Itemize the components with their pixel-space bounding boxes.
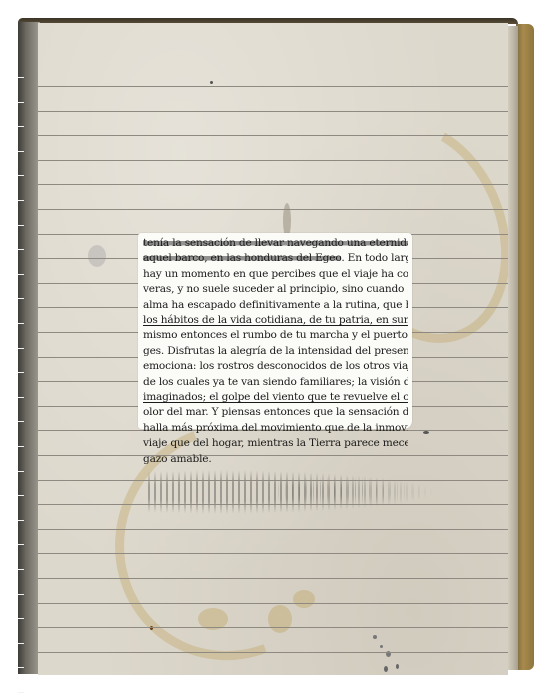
- spine-tick: [18, 126, 24, 127]
- spine-tick: [18, 372, 24, 373]
- clipping-line-3: hay un momento en que percibes que el vi…: [143, 267, 408, 282]
- clipping-line-4: veras, y no suele suceder al principio, …: [143, 282, 408, 297]
- ruled-line: [38, 160, 508, 161]
- clipping-line-13: halla más próxima del movimiento que de …: [143, 421, 408, 436]
- spine-tick: [18, 397, 24, 398]
- clipping-line-6: los hábitos de la vida cotidiana, de tu …: [143, 313, 408, 328]
- clipping-line-2: aquel barco, en las honduras del Egeo. E…: [143, 251, 408, 266]
- ruled-line: [38, 529, 508, 530]
- spine-tick: [18, 348, 24, 349]
- ruled-line: [38, 86, 508, 87]
- spine-tick: [18, 175, 24, 176]
- spine-tick: [18, 544, 24, 545]
- clipping-line-14: viaje que del hogar, mientras la Tierra …: [143, 436, 408, 451]
- pasted-text-clipping: tenía la sensación de llevar navegando u…: [138, 233, 412, 429]
- clipping-line-15: gazo amable.: [143, 452, 408, 467]
- ruled-line: [38, 480, 508, 481]
- spine-tick: [18, 77, 24, 78]
- line-rest: . En todo largo periplo: [341, 252, 408, 264]
- ruled-line: [38, 652, 508, 653]
- clipping-line-8: ges. Disfrutas la alegría de la intensid…: [143, 344, 408, 359]
- ruled-line: [38, 553, 508, 554]
- clipping-line-11: imaginados; el golpe del viento que te r…: [143, 390, 408, 405]
- clipping-line-1: tenía la sensación de llevar navegando u…: [143, 236, 408, 251]
- spine-tick: [18, 667, 24, 668]
- ruled-line: [38, 209, 508, 210]
- ruled-line: [38, 504, 508, 505]
- ruled-line: [38, 578, 508, 579]
- spine-tick: [18, 298, 24, 299]
- highlighted-text: aquel barco, en las honduras del Egeo: [143, 252, 341, 264]
- clipping-line-5: alma ha escapado definitivamente a la ru…: [143, 298, 408, 313]
- ink-speck: [373, 635, 377, 639]
- ruled-line: [38, 184, 508, 185]
- spine-tick: [18, 151, 24, 152]
- ruled-line: [38, 111, 508, 112]
- ruled-line: [38, 135, 508, 136]
- spine-tick: [18, 594, 24, 595]
- spine-tick: [18, 446, 24, 447]
- spine-tick: [18, 495, 24, 496]
- spine-tick: [18, 643, 24, 644]
- ink-speck: [380, 645, 383, 648]
- ink-speck: [384, 666, 388, 672]
- ink-speck: [423, 431, 429, 434]
- stain-blob: [268, 605, 292, 633]
- notebook-spine: [18, 22, 40, 674]
- spine-tick: [18, 200, 24, 201]
- spine-tick: [18, 569, 24, 570]
- spine-tick: [18, 102, 24, 103]
- clipping-line-9: emociona: los rostros desconocidos de lo…: [143, 359, 408, 374]
- spine-tick: [18, 520, 24, 521]
- spine-tick: [18, 421, 24, 422]
- highlighted-text: tenía la sensación de llevar navegando u…: [143, 237, 408, 249]
- clipping-line-7: mismo entonces el rumbo de tu marcha y e…: [143, 328, 408, 343]
- spine-tick: [18, 323, 24, 324]
- spine-tick: [18, 471, 24, 472]
- stain-blob: [293, 590, 315, 608]
- spine-tick: [18, 618, 24, 619]
- ink-speck: [396, 664, 399, 669]
- clipping-line-12: olor del mar. Y piensas entonces que la …: [143, 405, 408, 420]
- spine-tick: [18, 225, 24, 226]
- spine-tick: [18, 274, 24, 275]
- spine-tick: [18, 692, 24, 693]
- ruled-line: [38, 603, 508, 604]
- spine-tick: [18, 249, 24, 250]
- notebook-back-cover: [516, 24, 534, 670]
- clipping-line-10: de los cuales ya te van siendo familiare…: [143, 375, 408, 390]
- stain-blob: [88, 245, 106, 267]
- ruled-line: [38, 627, 508, 628]
- ink-speck: [210, 81, 213, 84]
